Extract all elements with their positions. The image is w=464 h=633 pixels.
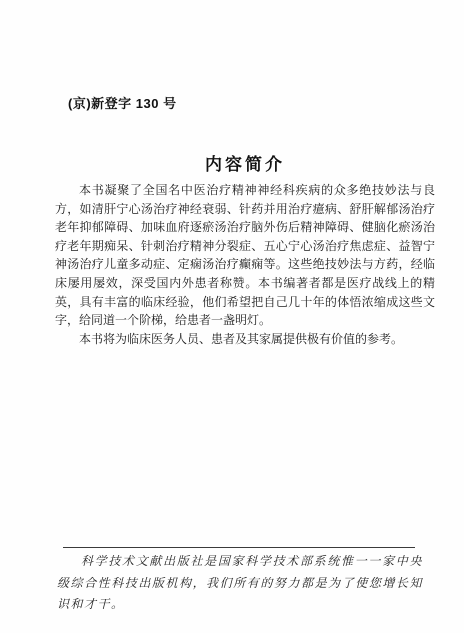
intro-paragraph-2: 本书将为临床医务人员、患者及其家属提供极有价值的参考。 xyxy=(55,330,435,349)
publisher-note: 科学技术文献出版社是国家科学技术部系统惟一一家中央级综合性科技出版机构，我们所有… xyxy=(57,551,423,616)
book-copyright-page: (京)新登字 130 号 内容简介 本书凝聚了全国名中医治疗精神神经科疾病的众多… xyxy=(0,0,464,633)
footer-divider xyxy=(63,547,415,548)
registration-number: (京)新登字 130 号 xyxy=(68,93,177,112)
content-intro-title: 内容简介 xyxy=(55,150,435,175)
intro-body: 本书凝聚了全国名中医治疗精神神经科疾病的众多绝技妙法与良方，如清肝宁心汤治疗神经… xyxy=(55,181,435,348)
intro-paragraph-1: 本书凝聚了全国名中医治疗精神神经科疾病的众多绝技妙法与良方，如清肝宁心汤治疗神经… xyxy=(55,181,435,330)
